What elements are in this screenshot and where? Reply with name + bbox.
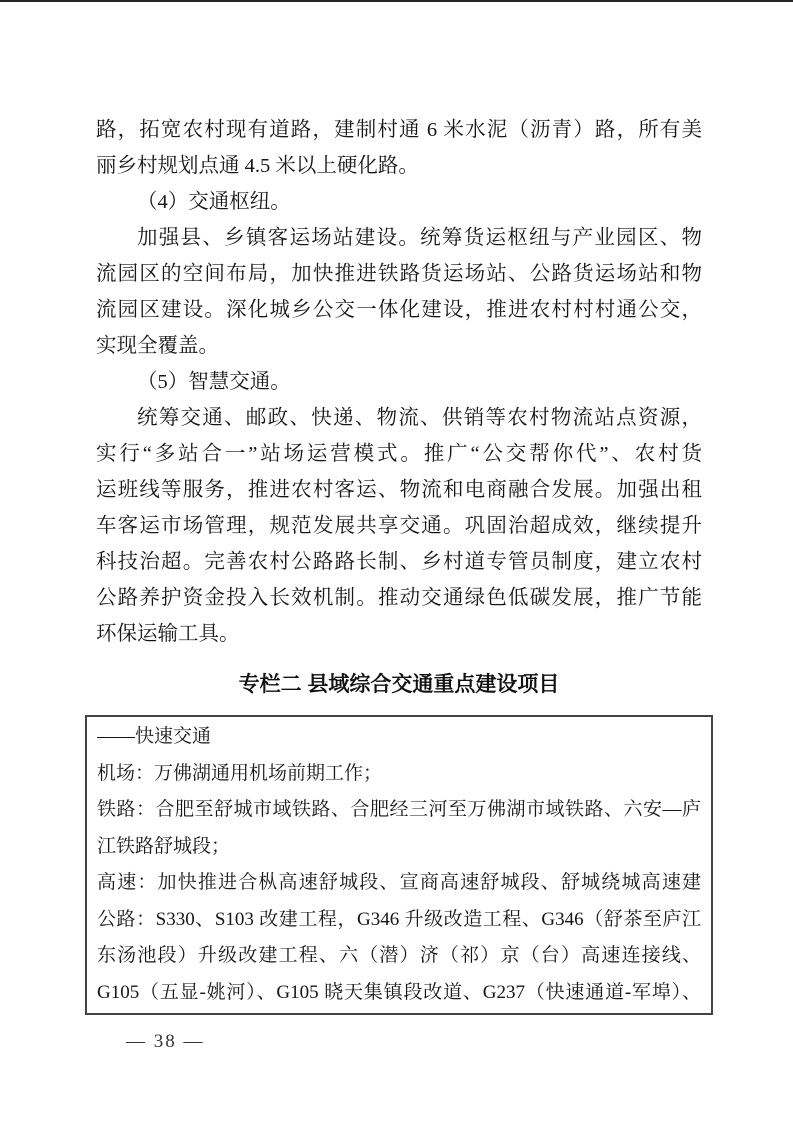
panel-box-line: 机场：万佛湖通用机场前期工作； [97, 756, 701, 793]
panel-box-line: 高速：加快推进合枞高速舒城段、宣商高速舒城段、舒城绕城高速建设； [97, 865, 701, 902]
scan-edge-artifact [0, 0, 793, 2]
body-text-line: 加强县、乡镇客运场站建设。统筹货运枢纽与产业园区、物 [96, 220, 702, 256]
body-text-line: 运班线等服务，推进农村客运、物流和电商融合发展。加强出租 [96, 472, 702, 508]
body-text-line: 丽乡村规划点通 4.5 米以上硬化路。 [96, 148, 702, 184]
body-text-line: （4）交通枢纽。 [96, 184, 702, 220]
page-number: — 38 — [126, 1031, 205, 1053]
body-text-line: 统筹交通、邮政、快递、物流、供销等农村物流站点资源， [96, 400, 702, 436]
panel-box-line: 铁路：合肥至舒城市域铁路、合肥经三河至万佛湖市域铁路、六安—庐 [97, 792, 701, 829]
body-text-line: 公路养护资金投入长效机制。推动交通绿色低碳发展，推广节能 [96, 580, 702, 616]
body-text-line: 实现全覆盖。 [96, 328, 702, 364]
body-text-line: 实行“多站合一”站场运营模式。推广“公交帮你代”、农村货 [96, 436, 702, 472]
panel-box-line: 公路：S330、S103 改建工程，G346 升级改造工程、G346（舒茶至庐江 [97, 902, 701, 939]
body-text-line: 科技治超。完善农村公路路长制、乡村道专管员制度，建立农村 [96, 544, 702, 580]
panel-box-line: 东汤池段）升级改建工程、六（潜）济（祁）京（台）高速连接线、 [97, 938, 701, 975]
body-text-line: 环保运输工具。 [96, 616, 702, 652]
document-page: 路，拓宽农村现有道路，建制村通 6 米水泥（沥青）路，所有美 丽乡村规划点通 4… [0, 0, 793, 1122]
body-text-line: 车客运市场管理，规范发展共享交通。巩固治超成效，继续提升 [96, 508, 702, 544]
panel-box-line: 江铁路舒城段； [97, 829, 701, 866]
panel-box-line: G105（五显-姚河）、G105 晓天集镇段改道、G237（快速通道-军埠）、 [97, 975, 701, 1012]
panel-box: ——快速交通 机场：万佛湖通用机场前期工作； 铁路：合肥至舒城市域铁路、合肥经三… [85, 715, 713, 1015]
panel-box-line: ——快速交通 [97, 719, 701, 756]
panel-title: 专栏二 县域综合交通重点建设项目 [96, 666, 702, 703]
body-text-block: 路，拓宽农村现有道路，建制村通 6 米水泥（沥青）路，所有美 丽乡村规划点通 4… [96, 112, 702, 1015]
body-text-line: 流园区建设。深化城乡公交一体化建设，推进农村村村通公交， [96, 292, 702, 328]
body-text-line: （5）智慧交通。 [96, 364, 702, 400]
body-text-line: 流园区的空间布局，加快推进铁路货运场站、公路货运场站和物 [96, 256, 702, 292]
body-text-line: 路，拓宽农村现有道路，建制村通 6 米水泥（沥青）路，所有美 [96, 112, 702, 148]
